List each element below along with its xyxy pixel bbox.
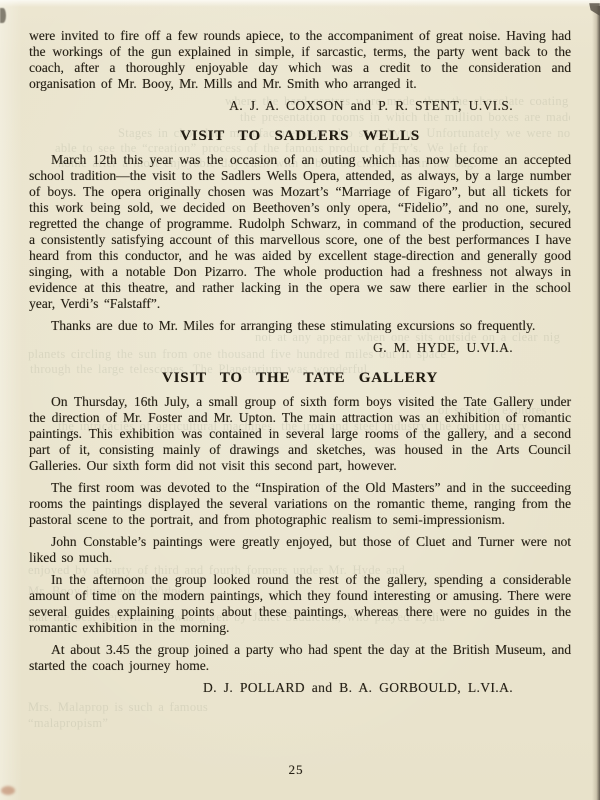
- sadlers-wells-paragraph-2: Thanks are due to Mr. Miles for arrangin…: [29, 318, 571, 334]
- byline-coxson-stent: A. J. A. COXSON and P. R. STENT, U.VI.S.: [29, 98, 571, 114]
- page-number: 25: [0, 762, 592, 778]
- scan-smudge-bottom-left: [1, 786, 15, 795]
- tate-gallery-paragraph-3: John Constable’s paintings were greatly …: [29, 534, 571, 566]
- byline-pollard-gorbould: D. J. POLLARD and B. A. GORBOULD, L.VI.A…: [29, 680, 571, 696]
- section-heading-sadlers-wells: VISIT TO SADLERS WELLS: [29, 128, 571, 144]
- bleedthrough-text: “malapropism”: [28, 716, 153, 731]
- byline-hyde: G. M. HYDE, U.VI.A.: [29, 340, 571, 356]
- continued-paragraph: were invited to fire off a few rounds ap…: [29, 28, 571, 92]
- tate-gallery-paragraph-1: On Thursday, 16th July, a small group of…: [29, 394, 571, 474]
- tate-gallery-paragraph-2: The first room was devoted to the “Inspi…: [29, 480, 571, 528]
- scan-mark-top-left: [0, 8, 6, 23]
- sadlers-wells-paragraph-1: March 12th this year was the occasion of…: [29, 152, 571, 312]
- scanned-page: where the hard centres were made, then t…: [0, 0, 600, 800]
- section-heading-tate-gallery: VISIT TO THE TATE GALLERY: [29, 370, 571, 386]
- scan-edge-left: [0, 0, 22, 800]
- tate-gallery-paragraph-5: At about 3.45 the group joined a party w…: [29, 642, 571, 674]
- article-text-block: were invited to fire off a few rounds ap…: [0, 0, 600, 696]
- tate-gallery-paragraph-4: In the afternoon the group looked round …: [29, 572, 571, 636]
- scan-edge-top: [0, 0, 600, 7]
- scan-edge-right: [592, 6, 600, 800]
- bleedthrough-text: Mrs. Malaprop is such a famous: [28, 700, 253, 715]
